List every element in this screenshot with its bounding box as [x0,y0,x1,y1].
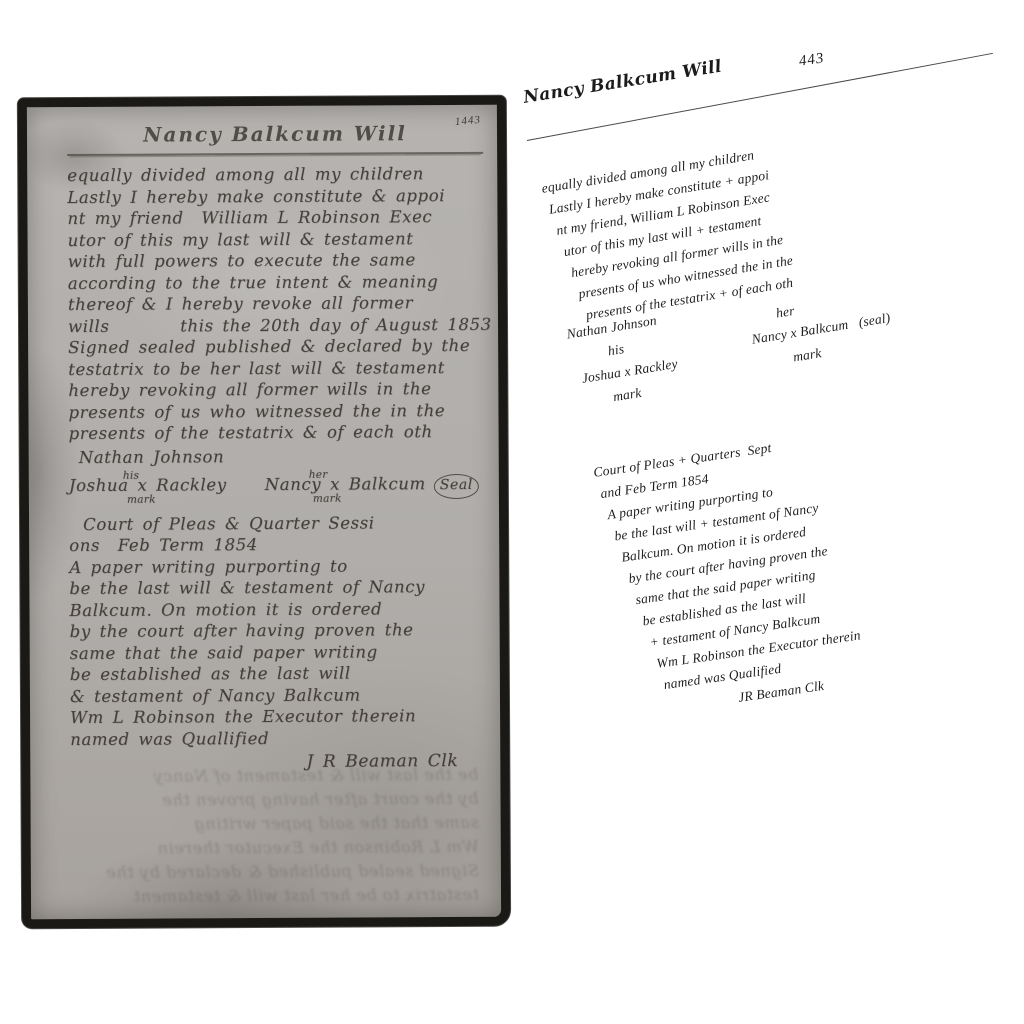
his-mark-label: his [123,466,140,488]
handwritten-line: be established as the last will [70,662,486,686]
handwritten-line: Court of Pleas & Quarter Sessi [83,511,485,535]
handwritten-line: with full powers to execute the same [68,249,484,273]
signer-name: Nancy x Balkcum [265,474,426,494]
page-title: Nancy Balkcum Will [522,57,723,108]
bleed-through-ghost-text: be the last will & testament of Nancy by… [56,763,479,909]
mark-label: mark [611,382,643,408]
handwritten-line: presents of us who witnessed the in the [68,399,484,423]
handwritten-line: nt my friend William L Robinson Exec [67,206,483,230]
handwritten-line: according to the true intent & meaning [68,270,484,294]
handwritten-line: wills this the 20th day of August 1853 [68,313,484,337]
handwritten-line: & testament of Nancy Balkcum [70,683,486,707]
transcript-court-paragraph: Court of Pleas + Quarters Sept and Feb T… [592,420,926,724]
page-number: 443 [798,50,826,70]
handwritten-line: thereof & I hereby revoke all former [68,292,484,316]
handwritten-line: equally divided among all my children [67,163,483,187]
ghost-line: same that the said paper writing [57,811,479,837]
scanned-will-photo: Nancy Balkcum Will 1443 equally divided … [18,96,510,929]
scan-will-paragraph: equally divided among all my children La… [67,163,485,501]
ghost-line: testatrix to be her last will & testamen… [57,883,479,909]
scan-signature-row: his Joshua x Rackley mark her Nancy x Ba… [69,473,485,501]
her-mark-label: her [774,300,796,325]
scan-corner-annotation: 1443 [454,114,481,128]
handwritten-line: Wm L Robinson the Executor therein [70,705,486,729]
handwritten-line: presents of the testatrix & of each oth [69,421,485,445]
handwritten-line: ons Feb Term 1854 [69,533,485,557]
handwritten-line: named was Quallified [70,726,486,750]
scan-witness-name: Nathan Johnson [79,444,485,468]
her-mark-label: her [309,465,328,487]
ghost-line: by the court after having proven the [56,787,478,813]
his-mark-label: his [606,338,626,362]
ghost-line: be the last will & testament of Nancy [56,763,478,789]
scan-document-title: Nancy Balkcum Will [143,121,407,146]
handwritten-line: A paper writing purporting to [69,554,485,578]
handwritten-line: Lastly I hereby make constitute & appoi [67,184,483,208]
scan-court-paragraph: Court of Pleas & Quarter Sessi ons Feb T… [69,511,486,774]
handwritten-line: be the last will & testament of Nancy [69,576,485,600]
mark-label: mark [127,490,156,512]
handwritten-line: by the court after having proven the [70,619,486,643]
seal-stamp: Seal [434,474,479,499]
handwritten-line: hereby revoking all former wills in the [68,378,484,402]
ghost-line: Signed sealed published & declared by th… [57,859,479,885]
handwritten-line: same that the said paper writing [70,640,486,664]
scan-signature-joshua-rackley: his Joshua x Rackley mark [69,474,227,500]
handwritten-line: testatrix to be her last will & testamen… [68,356,484,380]
scan-title-block: Nancy Balkcum Will 1443 [67,117,483,156]
handwritten-line: Balkcum. On motion it is ordered [69,597,485,621]
title-underline-rule [527,53,993,142]
ghost-line: Wm L Robinson the Executor therein [57,835,479,861]
handwritten-line: utor of this my last will & testament [68,227,484,251]
mark-label: mark [313,489,342,511]
handwritten-line: Signed sealed published & declared by th… [68,335,484,359]
transcript-will-paragraph: equally divided among all my children La… [540,131,875,425]
testatrix-signature: Nancy x Balkcum (seal) [750,307,892,351]
scan-signature-nancy-balkcum: her Nancy x BalkcumSeal mark [265,473,479,500]
mark-label: mark [791,342,823,368]
